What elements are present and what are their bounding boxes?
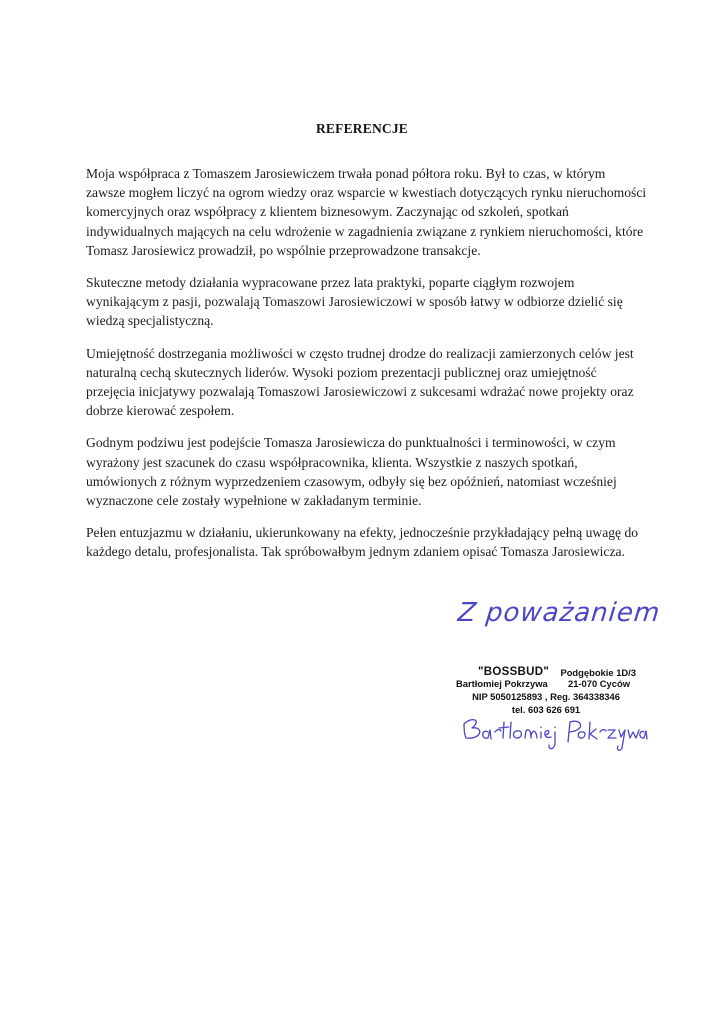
text-line: wynikającym z pasji, pozwalają Tomaszowi… xyxy=(86,292,646,311)
paragraph-4: Godnym podziwu jest podejście Tomasza Ja… xyxy=(86,433,646,510)
text-line: umówionych z różnym wyprzedzeniem czasow… xyxy=(86,472,646,491)
text-line: wyrażony jest szacunek do czasu współpra… xyxy=(86,453,646,472)
text-line: Godnym podziwu jest podejście Tomasza Ja… xyxy=(86,433,646,452)
paragraph-2: Skuteczne metody działania wypracowane p… xyxy=(86,273,646,331)
text-line: przejęcia inicjatywy pozwalają Tomaszowi… xyxy=(86,382,646,401)
stamp-address-line2: 21-070 Cyców xyxy=(568,678,630,689)
document-body: Moja współpraca z Tomaszem Jarosiewiczem… xyxy=(86,164,646,575)
paragraph-3: Umiejętność dostrzegania możliwości w cz… xyxy=(86,344,646,421)
paragraph-1: Moja współpraca z Tomaszem Jarosiewiczem… xyxy=(86,164,646,260)
stamp-company-name: "BOSSBUD" xyxy=(478,667,549,678)
stamp-row-2: Bartłomiej Pokrzywa 21-070 Cyców xyxy=(456,678,636,689)
text-line: indywidualnych mających na celu wdrożeni… xyxy=(86,222,646,241)
text-line: Umiejętność dostrzegania możliwości w cz… xyxy=(86,344,646,363)
text-line: Pełen entuzjazmu w działaniu, ukierunkow… xyxy=(86,523,646,542)
text-line: Skuteczne metody działania wypracowane p… xyxy=(86,273,646,292)
text-line: komercyjnych oraz współpracy z klientem … xyxy=(86,202,646,221)
handwritten-signature xyxy=(458,708,648,758)
text-line: dobrze kierować zespołem. xyxy=(86,401,646,420)
text-line: każdego detalu, profesjonalista. Tak spr… xyxy=(86,542,646,561)
document-title: REFERENCJE xyxy=(0,121,724,137)
document-page: REFERENCJE Moja współpraca z Tomaszem Ja… xyxy=(0,0,724,1024)
text-line: wyznaczone cele zostały wypełnione w zak… xyxy=(86,491,646,510)
stamp-row-1: "BOSSBUD" Podgębokie 1D/3 xyxy=(456,667,636,678)
text-line: Moja współpraca z Tomaszem Jarosiewiczem… xyxy=(86,164,646,183)
handwritten-closing: Z poważaniem xyxy=(456,598,661,628)
text-line: naturalną cechą skutecznych liderów. Wys… xyxy=(86,363,646,382)
text-line: zawsze mogłem liczyć na ogrom wiedzy ora… xyxy=(86,183,646,202)
stamp-address-line1: Podgębokie 1D/3 xyxy=(560,667,636,678)
text-line: Tomasz Jarosiewicz prowadził, po wspólni… xyxy=(86,241,646,260)
stamp-owner: Bartłomiej Pokrzywa xyxy=(456,678,548,689)
stamp-ids: NIP 5050125893 , Reg. 364338346 xyxy=(456,691,636,702)
text-line: wiedzą specjalistyczną. xyxy=(86,311,646,330)
paragraph-5: Pełen entuzjazmu w działaniu, ukierunkow… xyxy=(86,523,646,561)
